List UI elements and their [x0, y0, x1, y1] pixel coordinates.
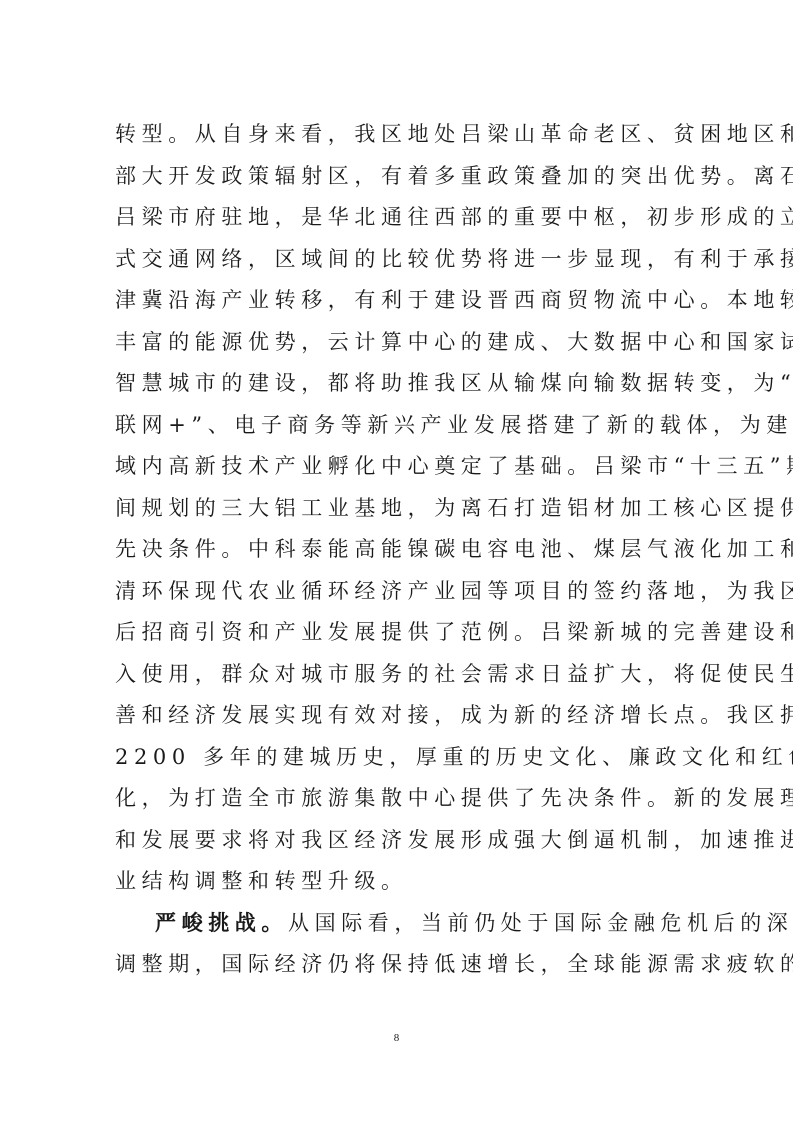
text-line: 转型。从自身来看，我区地处吕梁山革命老区、贫困地区和西	[115, 114, 685, 156]
text-line: 式交通网络，区域间的比较优势将进一步显现，有利于承接京	[115, 239, 685, 281]
body-text: 转型。从自身来看，我区地处吕梁山革命老区、贫困地区和西 部大开发政策辐射区，有着…	[115, 114, 685, 986]
text-line: 吕梁市府驻地，是华北通往西部的重要中枢，初步形成的立体	[115, 197, 685, 239]
text-line: 域内高新技术产业孵化中心奠定了基础。吕梁市“十三五”期	[115, 446, 685, 488]
text-line: 入使用，群众对城市服务的社会需求日益扩大，将促使民生改	[115, 654, 685, 696]
text-line: 善和经济发展实现有效对接，成为新的经济增长点。我区拥有	[115, 695, 685, 737]
text-line: 津冀沿海产业转移，有利于建设晋西商贸物流中心。本地较为	[115, 280, 685, 322]
paragraph-opportunities: 转型。从自身来看，我区地处吕梁山革命老区、贫困地区和西 部大开发政策辐射区，有着…	[115, 114, 685, 903]
text-run: 从国际看，当前仍处于国际金融危机后的深度	[288, 911, 793, 935]
text-line: 先决条件。中科泰能高能镍碳电容电池、煤层气液化加工和晓	[115, 529, 685, 571]
text-line: 2200 多年的建城历史，厚重的历史文化、廉政文化和红色文	[115, 737, 685, 779]
text-line: 和发展要求将对我区经济发展形成强大倒逼机制，加速推进产	[115, 820, 685, 862]
text-line: 清环保现代农业循环经济产业园等项目的签约落地，为我区今	[115, 571, 685, 613]
text-line: 业结构调整和转型升级。	[115, 861, 685, 903]
page-number: 8	[0, 1032, 793, 1044]
text-line: 严峻挑战。从国际看，当前仍处于国际金融危机后的深度	[115, 903, 685, 945]
text-line: 部大开发政策辐射区，有着多重政策叠加的突出优势。离石是	[115, 156, 685, 198]
text-line: 智慧城市的建设，都将助推我区从输煤向输数据转变，为“互	[115, 363, 685, 405]
text-line: 后招商引资和产业发展提供了范例。吕梁新城的完善建设和投	[115, 612, 685, 654]
paragraph-challenges: 严峻挑战。从国际看，当前仍处于国际金融危机后的深度 调整期，国际经济仍将保持低速…	[115, 903, 685, 986]
text-line: 联网+”、电子商务等新兴产业发展搭建了新的载体，为建设区	[115, 405, 685, 447]
paragraph-heading: 严峻挑战。	[155, 911, 288, 935]
text-line: 丰富的能源优势，云计算中心的建成、大数据中心和国家试点	[115, 322, 685, 364]
text-line: 调整期，国际经济仍将保持低速增长，全球能源需求疲软的现	[115, 944, 685, 986]
text-line: 化，为打造全市旅游集散中心提供了先决条件。新的发展理念	[115, 778, 685, 820]
document-page: 转型。从自身来看，我区地处吕梁山革命老区、贫困地区和西 部大开发政策辐射区，有着…	[0, 0, 793, 1122]
text-line: 间规划的三大铝工业基地，为离石打造铝材加工核心区提供了	[115, 488, 685, 530]
